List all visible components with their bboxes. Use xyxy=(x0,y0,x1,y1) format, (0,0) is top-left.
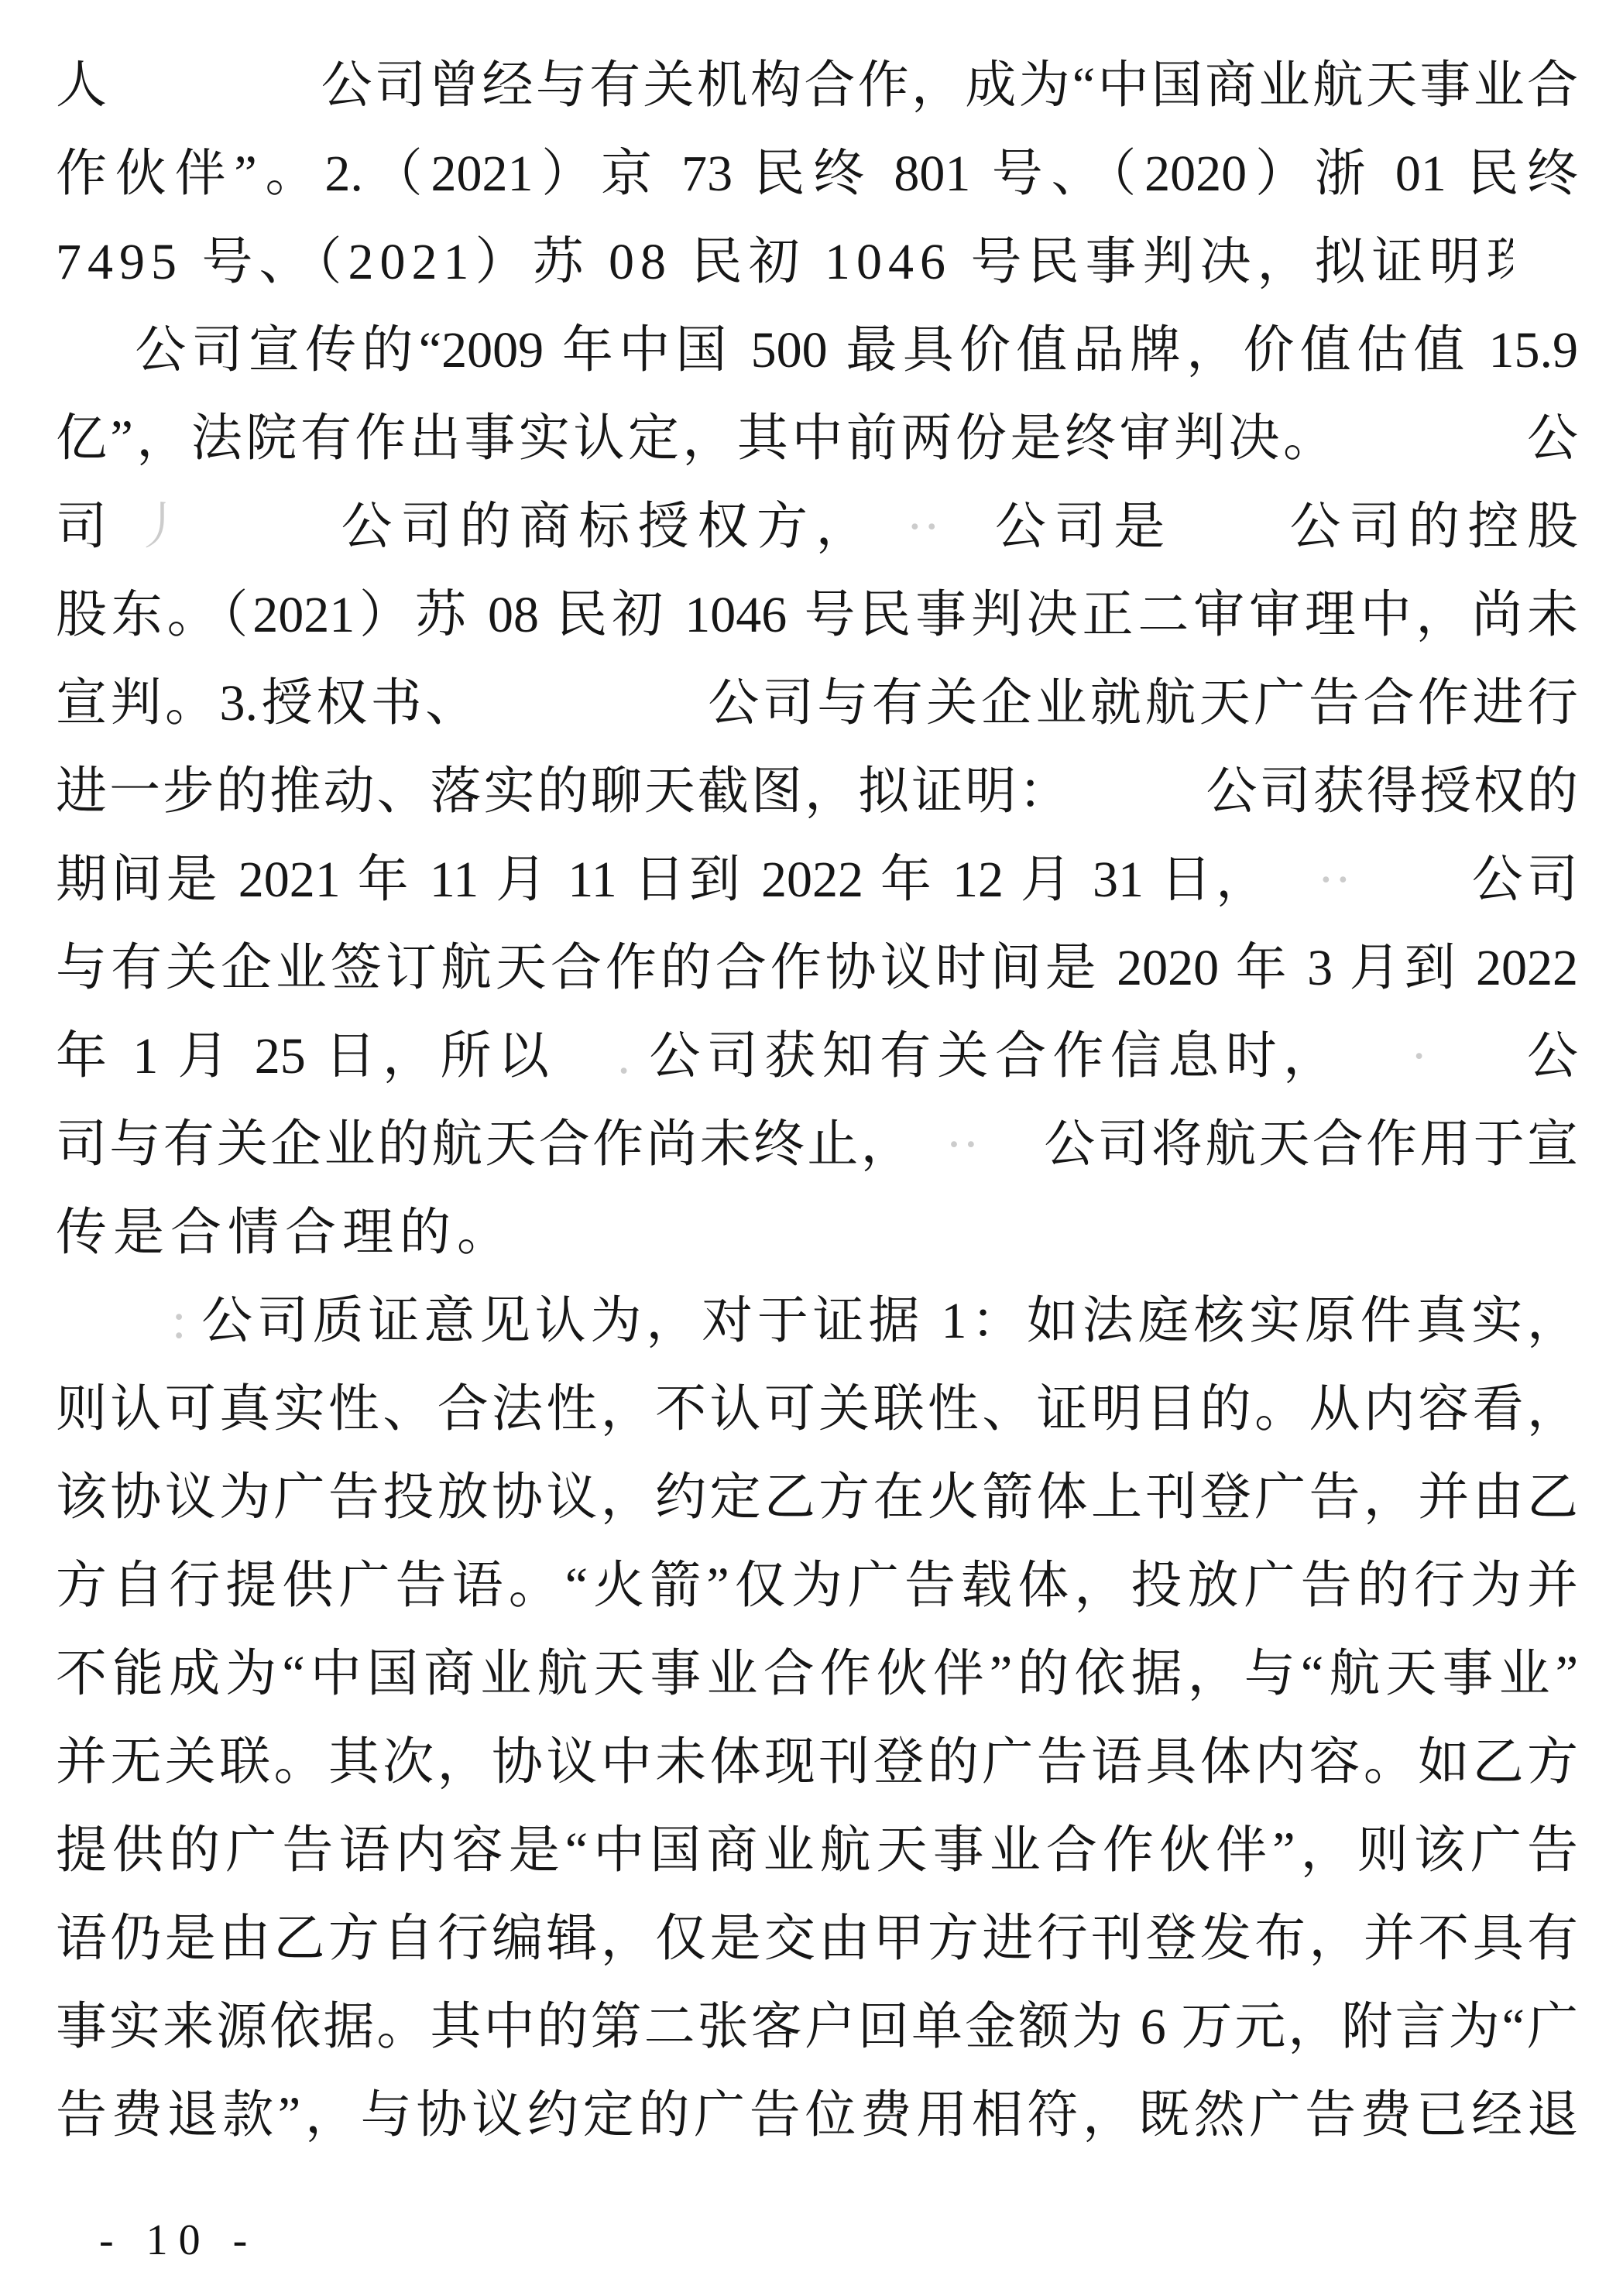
text-run: 与有关企业签订航天合作的合作协议时间是 2020 年 3 月到 2022 xyxy=(56,940,1578,996)
text-run: 公司是 xyxy=(986,499,1173,555)
partial-word-remnant: 人 xyxy=(56,57,109,114)
text-run: 公司的控股 xyxy=(1282,499,1578,555)
text-run: 公司质证意见认为，对于证据 1：如法庭核实原件真实， xyxy=(197,1293,1578,1349)
text-run: 方自行提供广告语。“火箭”仅为广告载体，投放广告的行为并 xyxy=(56,1558,1578,1614)
text-run: 则认可真实性、合法性，不认可关联性、证明目的。从内容看， xyxy=(56,1381,1578,1438)
text-run: 公 xyxy=(1521,1028,1578,1085)
text-run: 公司曾经与有关机构合作，成为“中国商业航天事业合 xyxy=(318,57,1578,114)
text-run: 公司将航天合作用于宣 xyxy=(1041,1116,1578,1173)
redaction-gap xyxy=(1351,896,1467,896)
redaction-gap xyxy=(480,719,705,720)
text-line: 则认可真实性、合法性，不认可关联性、证明目的。从内容看， xyxy=(56,1366,1578,1454)
redaction-artifact: ·· xyxy=(1317,852,1351,908)
text-run: 事实来源依据。其中的第二张客户回单金额为 6 万元，附言为“广 xyxy=(56,1999,1578,2055)
redaction-artifact: 丿 xyxy=(126,499,194,555)
redaction-gap xyxy=(1072,807,1203,808)
text-run: 亿”，法院有作出事实认定，其中前两份是终审判决。 xyxy=(56,410,1338,467)
text-run: 进一步的推动、落实的聊天截图，拟证明： xyxy=(56,763,1072,820)
text-run: 公司宣传的“2009 年中国 500 最具价值品牌，价值估值 15.9 xyxy=(129,322,1578,379)
text-line: 进一步的推动、落实的聊天截图，拟证明：公司获得授权的 xyxy=(56,748,1578,836)
redaction-gap xyxy=(940,543,986,543)
text-run: 告费退款”，与协议约定的广告位费用相符，既然广告费已经退 xyxy=(56,2087,1578,2144)
text-line: 与有关企业签订航天合作的合作协议时间是 2020 年 3 月到 2022 xyxy=(56,924,1578,1013)
text-run: 作伙伴”。2.（2021）京 73 民终 801 号、（2020）浙 01 民终 xyxy=(56,146,1578,202)
redaction-gap xyxy=(1428,1072,1521,1073)
redaction-gap xyxy=(875,543,906,543)
text-line: 事实来源依据。其中的第二张客户回单金额为 6 万元，附言为“广 xyxy=(56,1983,1578,2072)
text-run: 公司与有关企业就航天广告合作进行 xyxy=(705,675,1578,732)
text-line: 7495 号、（2021）苏 08 民初 1046 号民事判决，拟证明珠 xyxy=(56,218,1578,307)
redaction-gap xyxy=(1341,1072,1411,1073)
text-line: 期间是 2021 年 11 月 11 日到 2022 年 12 月 31 日，·… xyxy=(56,836,1578,924)
redaction-artifact: · xyxy=(1411,1028,1428,1085)
partial-character: 珠 xyxy=(1487,218,1513,307)
redaction-gap xyxy=(1271,896,1317,896)
text-line: 宣判。3.授权书、公司与有关企业就航天广告合作进行 xyxy=(56,660,1578,748)
redaction-artifact: ·· xyxy=(906,499,940,555)
text-line: 公司宣传的“2009 年中国 500 最具价值品牌，价值估值 15.9 xyxy=(56,307,1578,395)
text-run: 不能成为“中国商业航天事业合作伙伴”的依据，与“航天事业” xyxy=(56,1646,1578,1702)
text-run: 司与有关企业的航天合作尚未终止， xyxy=(56,1116,914,1173)
text-line: 并无关联。其次，协议中未体现刊登的广告语具体内容。如乙方 xyxy=(56,1719,1578,1807)
text-line: 年 1 月 25 日，所以.公司获知有关合作信息时，·公 xyxy=(56,1013,1578,1101)
redaction-gap xyxy=(555,1072,617,1073)
text-run: 年 1 月 25 日，所以 xyxy=(56,1028,555,1085)
text-line: 语仍是由乙方自行编辑，仅是交由甲方进行刊登发布，并不具有 xyxy=(56,1895,1578,1983)
text-line: 告费退款”，与协议约定的广告位费用相符，既然广告费已经退 xyxy=(56,2072,1578,2160)
text-run: 语仍是由乙方自行编辑，仅是交由甲方进行刊登发布，并不具有 xyxy=(56,1910,1578,1967)
text-run: 提供的广告语内容是“中国商业航天事业合作伙伴”，则该广告 xyxy=(56,1822,1578,1879)
text-line: 人公司曾经与有关机构合作，成为“中国商业航天事业合 xyxy=(56,42,1578,130)
text-run: 该协议为广告投放协议，约定乙方在火箭体上刊登广告，并由乙 xyxy=(56,1469,1578,1526)
document-body: 人公司曾经与有关机构合作，成为“中国商业航天事业合 作伙伴”。2.（2021）京… xyxy=(56,42,1578,2160)
text-line: 该协议为广告投放协议，约定乙方在火箭体上刊登广告，并由乙 xyxy=(56,1454,1578,1542)
text-line: 司与有关企业的航天合作尚未终止，··公司将航天合作用于宣 xyxy=(56,1101,1578,1189)
text-run: 公司 xyxy=(1467,852,1578,908)
redaction-gap xyxy=(1338,454,1524,455)
redaction-gap xyxy=(980,1160,1041,1161)
redaction-gap xyxy=(56,366,129,367)
text-run: 公司获得授权的 xyxy=(1203,763,1578,820)
text-line: 传是合情合理的。 xyxy=(56,1189,1578,1277)
text-run: 传是合情合理的。 xyxy=(56,1205,514,1261)
text-line: 亿”，法院有作出事实认定，其中前两份是终审判决。公 xyxy=(56,395,1578,483)
redaction-artifact: : xyxy=(172,1293,186,1349)
text-run: 司 xyxy=(56,499,115,555)
text-line: :公司质证意见认为，对于证据 1：如法庭核实原件真实， xyxy=(56,1277,1578,1366)
page-number: - 10 - xyxy=(99,2215,258,2265)
redaction-artifact: ·· xyxy=(945,1116,980,1173)
text-run: 宣判。3.授权书、 xyxy=(56,675,480,732)
text-line: 提供的广告语内容是“中国商业航天事业合作伙伴”，则该广告 xyxy=(56,1807,1578,1895)
redaction-gap xyxy=(630,1072,643,1073)
redaction-gap xyxy=(56,1337,172,1338)
text-run: 公司的商标授权方， xyxy=(333,499,875,555)
text-line: 股东。（2021）苏 08 民初 1046 号民事判决正二审审理中，尚未 xyxy=(56,571,1578,660)
text-line: 作伙伴”。2.（2021）京 73 民终 801 号、（2020）浙 01 民终 xyxy=(56,130,1578,218)
redaction-gap xyxy=(914,1160,945,1161)
text-run: 期间是 2021 年 11 月 11 日到 2022 年 12 月 31 日， xyxy=(56,852,1271,908)
text-run: 公司获知有关合作信息时， xyxy=(643,1028,1341,1085)
redaction-gap xyxy=(194,543,333,543)
text-run: 股东。（2021）苏 08 民初 1046 号民事判决正二审审理中，尚未 xyxy=(56,587,1578,643)
text-run: 7495 号、（2021）苏 08 民初 1046 号民事判决，拟证明 xyxy=(56,234,1487,290)
scanned-court-document-page: { "page": { "background": "#ffffff", "te… xyxy=(0,0,1623,2296)
text-line: 不能成为“中国商业航天事业合作伙伴”的依据，与“航天事业” xyxy=(56,1630,1578,1719)
redaction-gap xyxy=(109,101,318,102)
text-run: 并无关联。其次，协议中未体现刊登的广告语具体内容。如乙方 xyxy=(56,1734,1578,1791)
redaction-gap xyxy=(186,1337,197,1338)
redaction-gap xyxy=(1173,543,1282,543)
redaction-gap xyxy=(115,543,126,543)
redaction-artifact: . xyxy=(617,1028,630,1085)
text-line: 方自行提供广告语。“火箭”仅为广告载体，投放广告的行为并 xyxy=(56,1542,1578,1630)
text-line: 司丿公司的商标授权方，··公司是公司的控股 xyxy=(56,483,1578,571)
text-run: 公 xyxy=(1524,410,1579,467)
